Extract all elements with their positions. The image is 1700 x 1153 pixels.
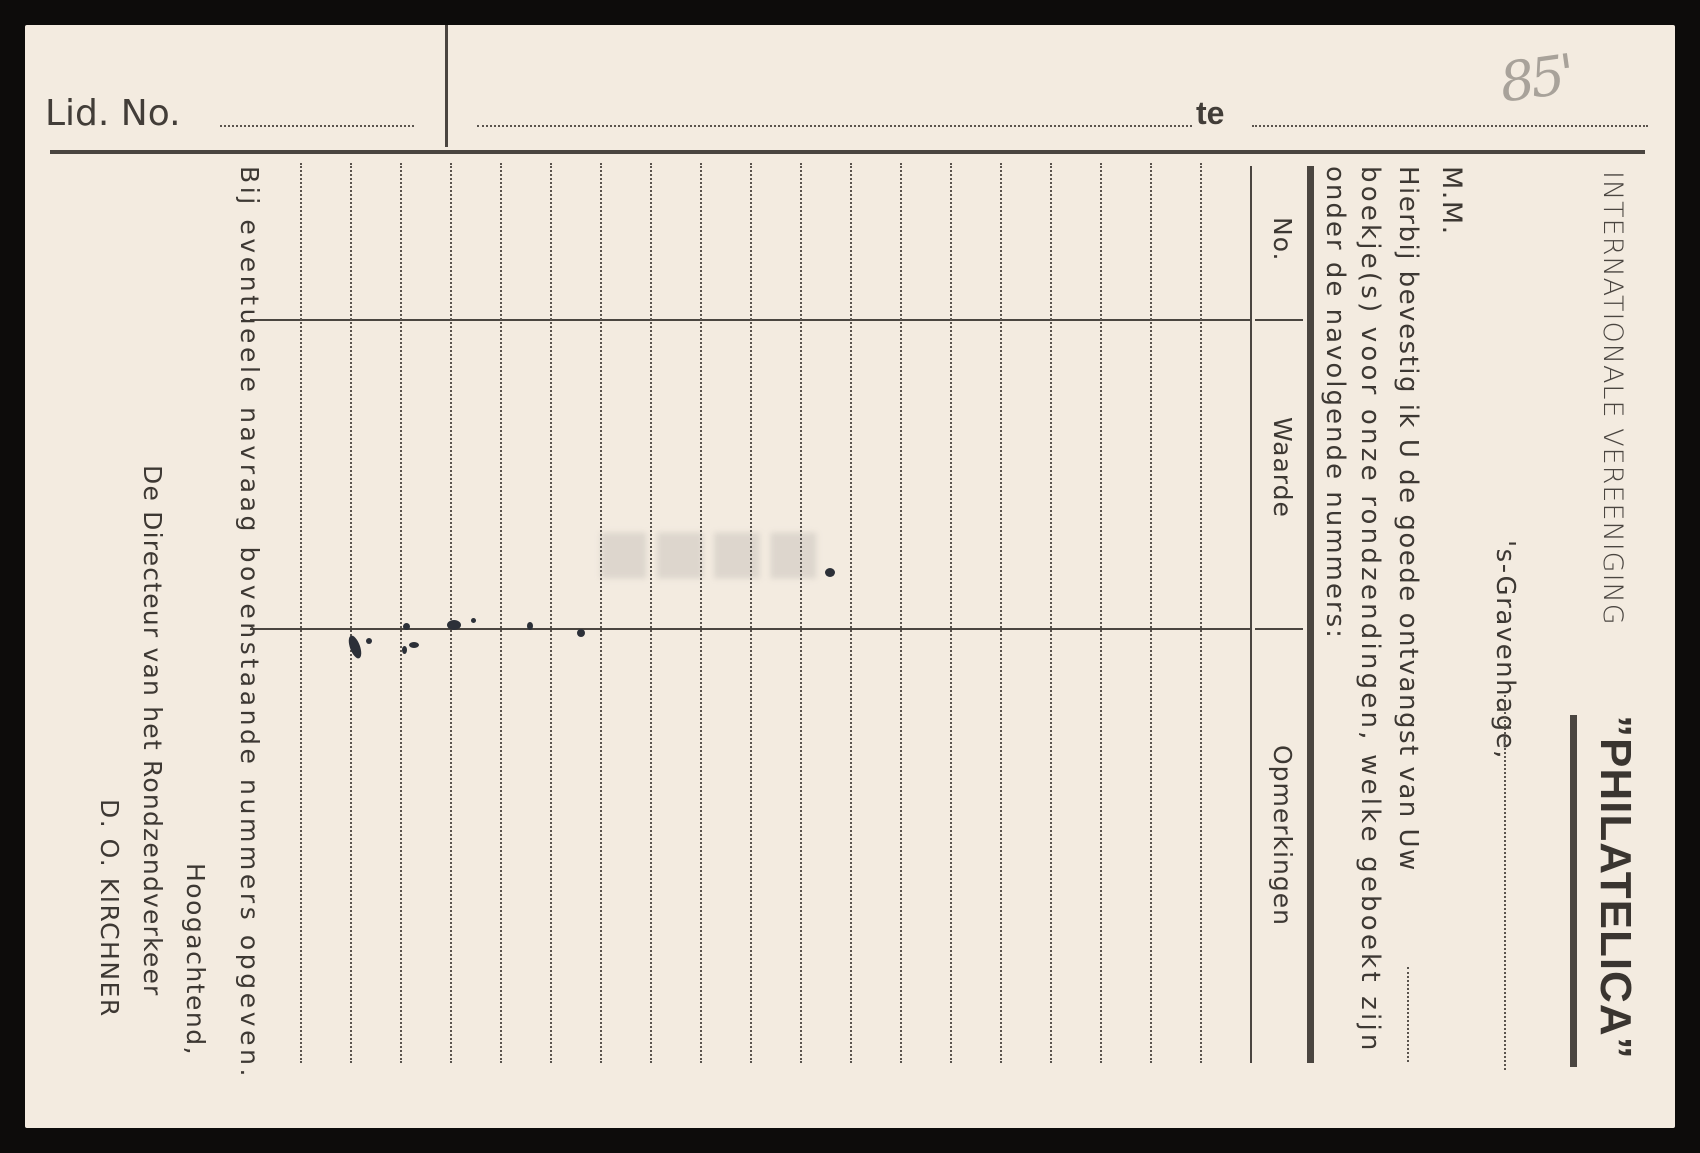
ink-blot [527, 622, 533, 630]
entry-line-7[interactable] [600, 163, 602, 1063]
entry-line-8[interactable] [650, 163, 652, 1063]
member-number-label: Lid. No. [45, 93, 181, 134]
entry-line-17[interactable] [1100, 163, 1102, 1063]
place-label: te [1196, 95, 1224, 132]
entry-line-11[interactable] [800, 163, 802, 1063]
closing-greeting: Hoogachtend, [183, 863, 208, 1056]
ink-blot [577, 629, 585, 637]
ink-blot [409, 642, 419, 648]
entry-line-9[interactable] [700, 163, 702, 1063]
entry-line-4[interactable] [450, 163, 452, 1063]
column-header-opmerkingen: Opmerkingen [1270, 745, 1295, 926]
entry-line-13[interactable] [900, 163, 902, 1063]
header-separator-1 [1255, 319, 1303, 321]
ink-blot [825, 568, 835, 577]
entry-line-19[interactable] [1200, 163, 1202, 1063]
faint-stamp-mark: ■■■■ [595, 525, 822, 595]
closing-notice: Bij eventueele navraag bovenstaande numm… [237, 166, 262, 1080]
closing-title: De Directeur van het Rondzendverkeer [140, 465, 165, 997]
pencil-annotation: 85' [1496, 42, 1576, 114]
entry-line-10[interactable] [750, 163, 752, 1063]
salutation: M.M. [1438, 166, 1465, 236]
response-card: Lid. No. te 85' INTERNATIONALE VEREENIGI… [25, 25, 1675, 1128]
ink-blot [471, 618, 476, 623]
body-line-2: boekje(s) voor onze rondzendingen, welke… [1357, 166, 1383, 1054]
entry-line-15[interactable] [1000, 163, 1002, 1063]
body-line-3: onder de navolgende nummers: [1322, 166, 1348, 640]
org-name-underline [1570, 715, 1577, 1067]
body-line-1: Hierbij bevestig ik U de goede ontvangst… [1395, 166, 1421, 872]
header-separator-2 [1255, 628, 1303, 630]
header-divider [445, 25, 448, 147]
ink-blot [346, 634, 364, 660]
place-field[interactable] [1252, 125, 1648, 127]
ink-blot [447, 620, 461, 630]
closing-signature: D. O. KIRCHNER [97, 799, 122, 1018]
column-header-no: No. [1270, 217, 1295, 262]
entry-line-14[interactable] [950, 163, 952, 1063]
entry-line-3[interactable] [400, 163, 402, 1063]
booklet-count-field[interactable] [1407, 967, 1409, 1062]
place-date-field[interactable] [1504, 695, 1506, 1070]
entry-line-16[interactable] [1050, 163, 1052, 1063]
entry-line-5[interactable] [500, 163, 502, 1063]
entry-line-1[interactable] [300, 163, 302, 1063]
org-name: ”PHILATELICA” [1593, 715, 1637, 1060]
ink-blot [402, 646, 407, 654]
org-subtitle: INTERNATIONALE VEREENIGING [1599, 171, 1626, 626]
ink-blot [403, 623, 410, 630]
entry-line-2[interactable] [350, 163, 352, 1063]
ink-blot [366, 638, 372, 644]
member-number-field[interactable] [220, 125, 414, 127]
table-header-border [1250, 166, 1252, 1063]
name-field[interactable] [477, 125, 1192, 127]
column-header-waarde: Waarde [1270, 417, 1295, 518]
entry-line-18[interactable] [1150, 163, 1152, 1063]
entry-line-6[interactable] [550, 163, 552, 1063]
entry-line-12[interactable] [850, 163, 852, 1063]
table-header-bar [1307, 166, 1314, 1063]
header-rule [50, 150, 1645, 154]
